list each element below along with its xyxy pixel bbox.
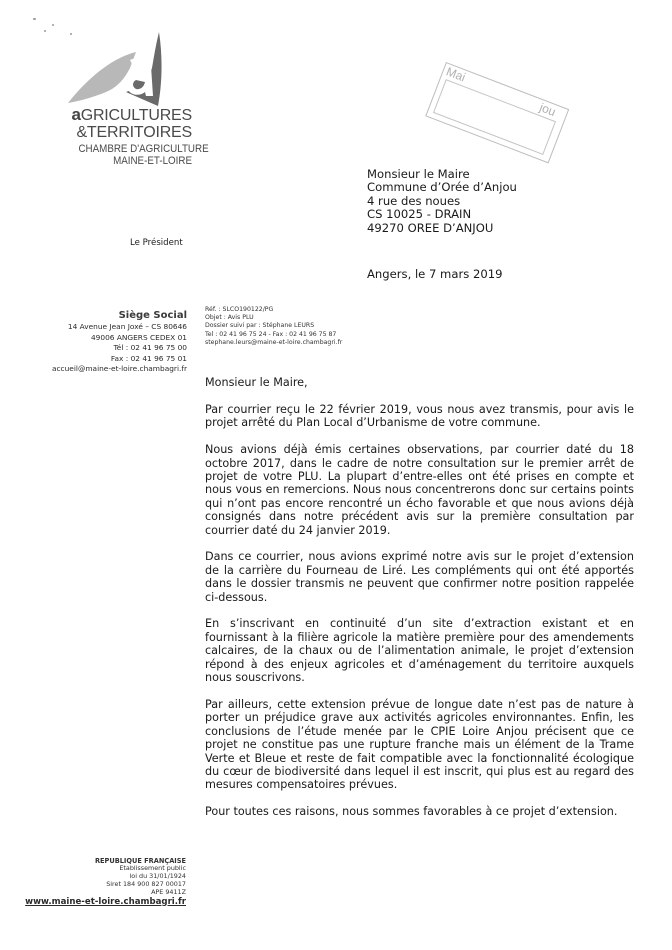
salutation: Monsieur le Maire, bbox=[205, 376, 634, 389]
recipient-line: 4 rue des noues bbox=[367, 195, 517, 208]
paragraph: Par ailleurs, cette extension prévue de … bbox=[205, 698, 634, 792]
paragraph: Pour toutes ces raisons, nous sommes fav… bbox=[205, 805, 634, 818]
footer-line: APE 9411Z bbox=[0, 889, 186, 897]
head-office-block: Siège Social 14 Avenue Jean Joxé – CS 80… bbox=[0, 310, 187, 375]
recipient-line: Commune d’Orée d’Anjou bbox=[367, 181, 517, 194]
reference-block: Réf. : SLCO190122/PG Objet : Avis PLU Do… bbox=[205, 306, 342, 347]
recipient-line: 49270 OREE D’ANJOU bbox=[367, 222, 517, 235]
logo-line-1: GRICULTURES bbox=[81, 107, 192, 124]
recipient-line: Monsieur le Maire bbox=[367, 168, 517, 181]
logo-line-2: &TERRITOIRES bbox=[60, 125, 192, 141]
scan-speck bbox=[33, 18, 36, 20]
scan-speck bbox=[52, 24, 54, 26]
paragraph: Par courrier reçu le 22 février 2019, vo… bbox=[205, 403, 634, 430]
website-link[interactable]: www.maine-et-loire.chambagri.fr bbox=[0, 897, 186, 908]
reference-handler: Dossier suivi par : Stéphane LEURS bbox=[205, 322, 342, 330]
letter-date: Angers, le 7 mars 2019 bbox=[367, 267, 502, 281]
reference-number: Réf. : SLCO190122/PG bbox=[205, 306, 342, 314]
footer-block: REPUBLIQUE FRANÇAISE Etablissement publi… bbox=[0, 857, 186, 908]
scan-speck bbox=[44, 30, 46, 32]
head-office-title: Siège Social bbox=[0, 310, 187, 322]
head-office-fax: Fax : 02 41 96 75 01 bbox=[0, 354, 187, 365]
sender-title: Le Président bbox=[130, 238, 183, 248]
recipient-address: Monsieur le Maire Commune d’Orée d’Anjou… bbox=[367, 168, 517, 235]
head-office-city: 49006 ANGERS CEDEX 01 bbox=[0, 333, 187, 344]
logo-accent-letter: a bbox=[71, 105, 80, 124]
reference-email: stephane.leurs@maine-et-loire.chambagri.… bbox=[205, 339, 342, 347]
reference-phone-fax: Tel : 02 41 96 75 24 - Fax : 02 41 96 75… bbox=[205, 331, 342, 339]
logo-wordmark: aGRICULTURES &TERRITOIRES CHAMBRE D'AGRI… bbox=[60, 106, 192, 168]
logo-icon bbox=[66, 30, 166, 108]
paragraph: En s’inscrivant en continuité d’un site … bbox=[205, 617, 634, 684]
recipient-line: CS 10025 - DRAIN bbox=[367, 208, 517, 221]
head-office-email: accueil@maine-et-loire.chambagri.fr bbox=[0, 364, 187, 375]
paragraph: Dans ce courrier, nous avions exprimé no… bbox=[205, 550, 634, 604]
head-office-address: 14 Avenue Jean Joxé – CS 80646 bbox=[0, 322, 187, 333]
letter-body: Monsieur le Maire, Par courrier reçu le … bbox=[205, 376, 634, 832]
paragraph: Nous avions déjà émis certaines observat… bbox=[205, 443, 634, 537]
logo-line-4: MAINE-ET-LOIRE bbox=[78, 156, 192, 167]
logo-line-3: CHAMBRE D'AGRICULTURE bbox=[78, 144, 192, 155]
head-office-phone: Tél : 02 41 96 75 00 bbox=[0, 343, 187, 354]
